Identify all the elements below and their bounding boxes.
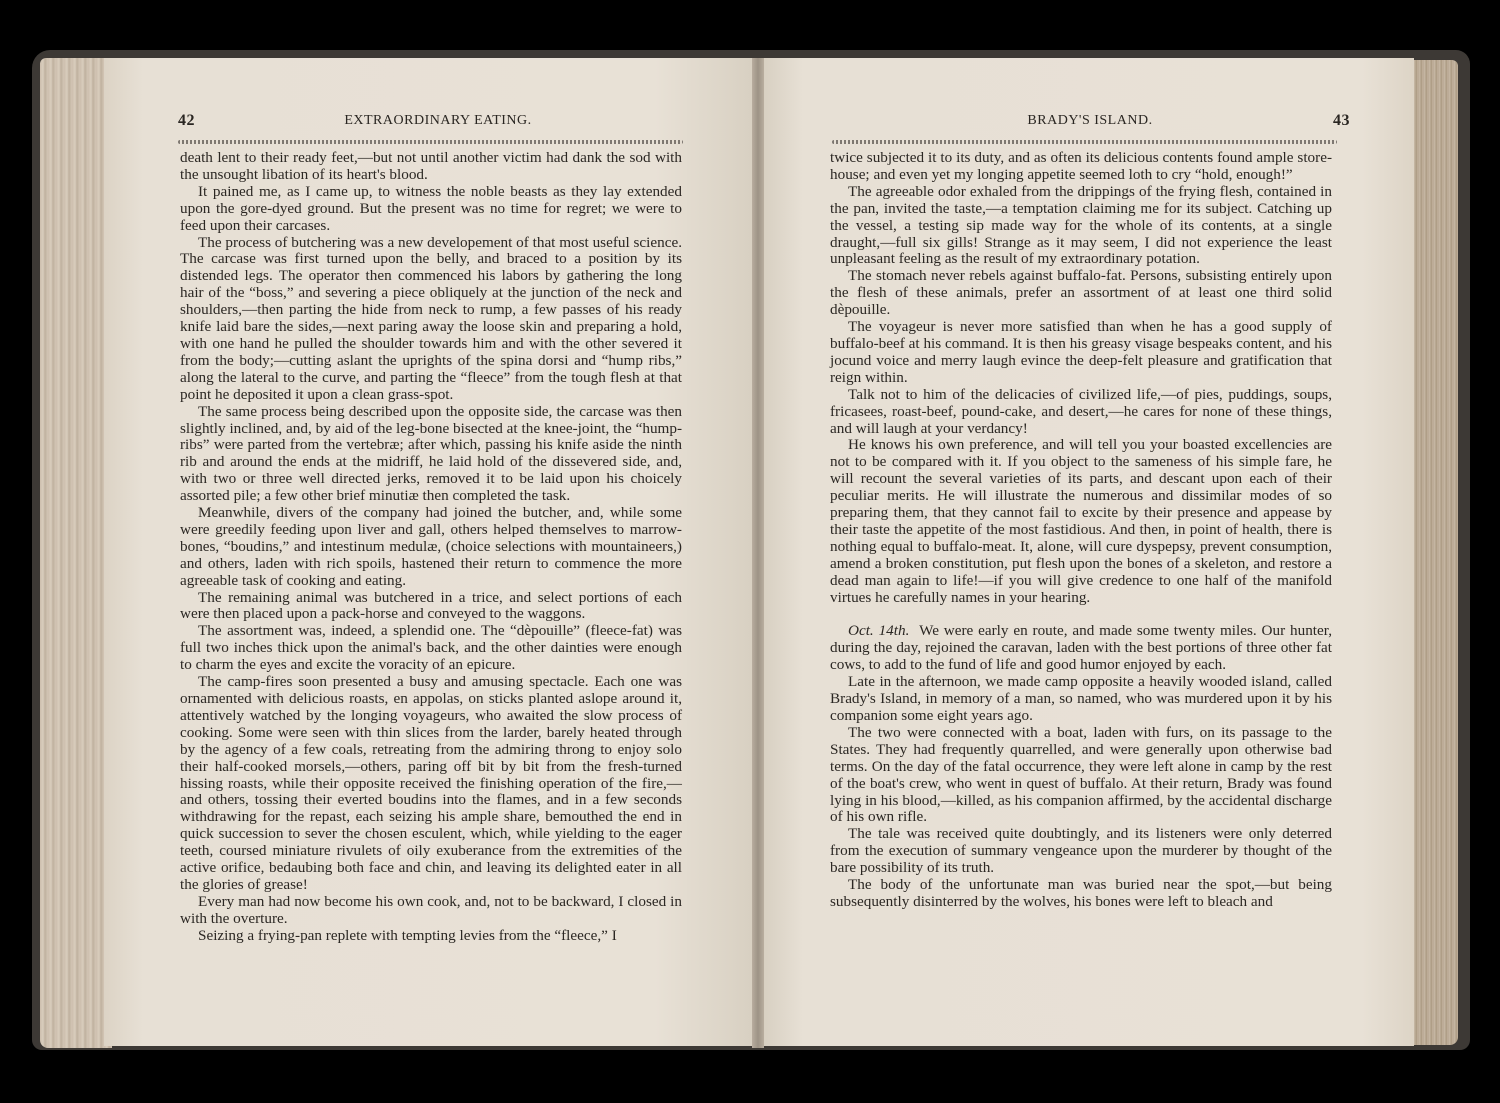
paragraph: Meanwhile, divers of the company had joi… [180,505,682,590]
paragraph: Seizing a frying-pan replete with tempti… [180,928,682,945]
page-edges-right [1408,60,1458,1045]
paragraph: It pained me, as I came up, to witness t… [180,184,682,235]
paragraph: The process of butchering was a new deve… [180,235,682,404]
book-gutter [752,58,764,1048]
paragraph: The assortment was, indeed, a splendid o… [180,623,682,674]
paragraph: The voyageur is never more satisfied tha… [830,319,1332,387]
paragraph: The stomach never rebels against buffalo… [830,268,1332,319]
left-running-head: 42 EXTRAORDINARY EATING. [178,112,698,136]
paragraph: Late in the afternoon, we made camp oppo… [830,674,1332,725]
paragraph: The same process being described upon th… [180,404,682,505]
paragraph: The camp-fires soon presented a busy and… [180,674,682,894]
entry-date: Oct. 14th. [848,622,909,639]
header-rule-ornament [178,140,683,144]
paragraph: The remaining animal was butchered in a … [180,590,682,624]
right-running-head: BRADY'S ISLAND. 43 [830,112,1350,136]
paragraph: The agreeable odor exhaled from the drip… [830,184,1332,269]
paragraph: twice subjected it to its duty, and as o… [830,150,1332,184]
page-number: 43 [1333,112,1350,130]
chapter-title: BRADY'S ISLAND. [830,113,1350,129]
paragraph: He knows his own preference, and will te… [830,437,1332,606]
right-body-text: twice subjected it to its duty, and as o… [830,150,1332,911]
paragraph: Talk not to him of the delicacies of civ… [830,387,1332,438]
paragraph: death lent to their ready feet,—but not … [180,150,682,184]
page-edges-left [40,58,112,1048]
header-rule-ornament [832,140,1337,144]
dated-entry: Oct. 14th. We were early en route, and m… [830,623,1332,674]
paragraph: The body of the unfortunate man was buri… [830,877,1332,911]
paragraph: Every man had now become his own cook, a… [180,894,682,928]
paragraph: The tale was received quite doubtingly, … [830,826,1332,877]
paragraph: The two were connected with a boat, lade… [830,725,1332,826]
left-body-text: death lent to their ready feet,—but not … [180,150,682,945]
chapter-title: EXTRAORDINARY EATING. [178,113,698,129]
